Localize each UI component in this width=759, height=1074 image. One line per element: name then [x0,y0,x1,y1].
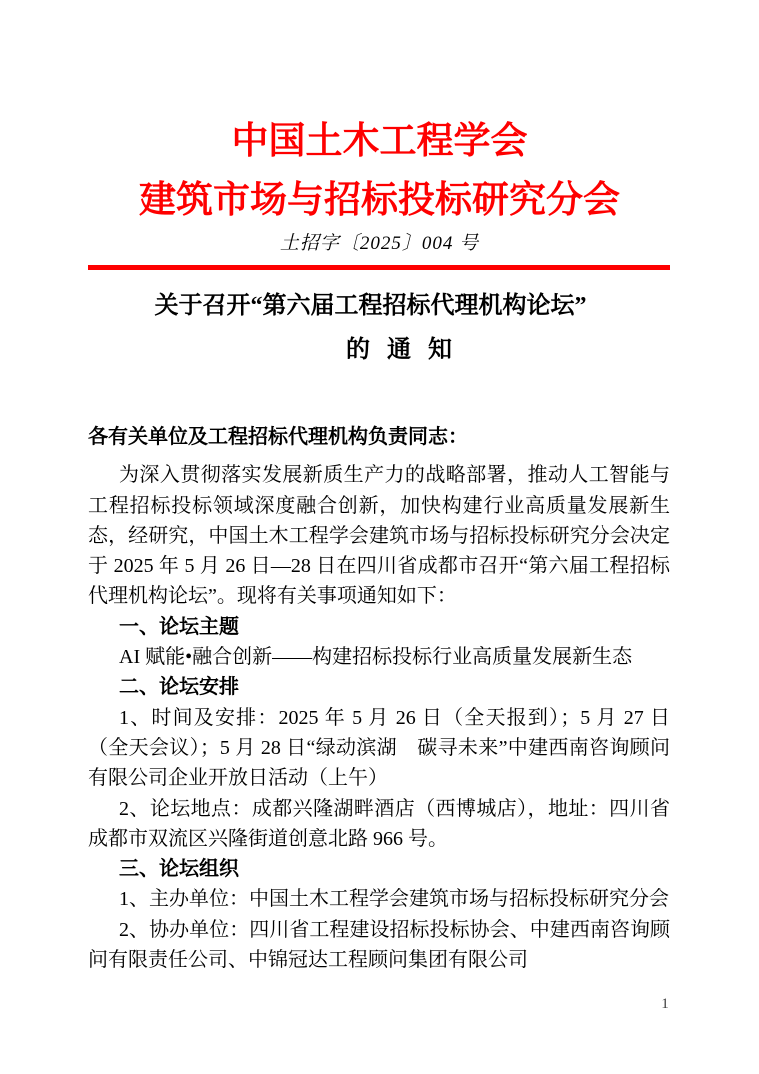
page-number: 1 [655,994,675,1014]
notice-body: 各有关单位及工程招标代理机构负责同志： 为深入贯彻落实发展新质生产力的战略部署，… [88,422,670,975]
body-paragraph: AI 赋能•融合创新——构建招标投标行业高质量发展新生态 [88,642,670,672]
body-paragraph: 2、论坛地点：成都兴隆湖畔酒店（西博城店），地址：四川省成都市双流区兴隆街道创意… [88,794,670,855]
section-heading-2: 二、论坛安排 [88,672,670,702]
body-paragraph: 1、时间及安排：2025 年 5 月 26 日（全天报到）；5 月 27 日（全… [88,703,670,794]
notice-title: 关于召开“第六届工程招标代理机构论坛” 的通知 [0,284,759,372]
section-heading-1: 一、论坛主题 [88,612,670,642]
doc-number: 土招字〔2025〕004 号 [0,230,759,258]
body-paragraph: 1、主办单位：中国土木工程学会建筑市场与招标投标研究分会 [88,884,670,914]
body-paragraph: 为深入贯彻落实发展新质生产力的战略部署，推动人工智能与工程招标投标领域深度融合创… [88,460,670,611]
org-title: 中国土木工程学会 建筑市场与招标投标研究分会 [0,112,759,230]
section-heading-3: 三、论坛组织 [88,854,670,884]
body-paragraph: 2、协办单位：四川省工程建设招标投标协会、中建西南咨询顾问有限责任公司、中锦冠达… [88,915,670,976]
red-divider-line [88,265,670,270]
org-title-line1: 中国土木工程学会 [0,112,759,171]
document-page: 中国土木工程学会 建筑市场与招标投标研究分会 土招字〔2025〕004 号 关于… [0,0,759,1074]
notice-title-line1: 关于召开“第六届工程招标代理机构论坛” [0,284,750,328]
salutation: 各有关单位及工程招标代理机构负责同志： [88,422,670,452]
org-title-line2: 建筑市场与招标投标研究分会 [0,171,759,230]
notice-title-line2: 的通知 [28,328,759,372]
